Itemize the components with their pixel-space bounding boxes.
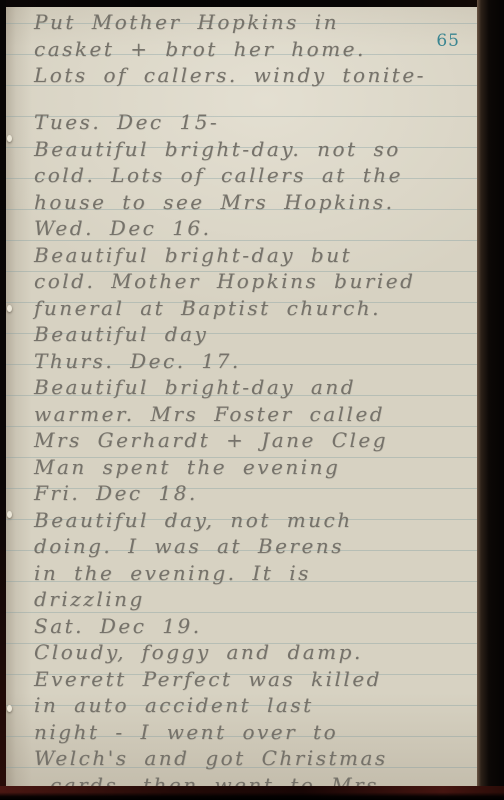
diary-line: Put Mother Hopkins in: [34, 9, 471, 36]
diary-line: cold. Lots of callers at the: [34, 162, 471, 189]
right-border: [477, 0, 504, 800]
diary-line: doing. I was at Berens: [34, 533, 471, 560]
diary-line-date: Fri. Dec 18.: [34, 480, 471, 507]
binding-stitch: [7, 705, 12, 712]
diary-line: Beautiful day: [34, 321, 471, 348]
diary-line: Everett Perfect was killed: [34, 666, 471, 693]
diary-line: Beautiful bright-day but: [34, 242, 471, 269]
diary-line: casket + brot her home.: [34, 36, 471, 63]
bottom-border: [0, 786, 504, 800]
diary-line-date: Sat. Dec 19.: [34, 613, 471, 640]
diary-line: warmer. Mrs Foster called: [34, 401, 471, 428]
diary-line-date: Thurs. Dec. 17.: [34, 348, 471, 375]
diary-line: house to see Mrs Hopkins.: [34, 189, 471, 216]
diary-line: cold. Mother Hopkins buried: [34, 268, 471, 295]
diary-line: in the evening. It is: [34, 560, 471, 587]
diary-line: Beautiful bright-day and: [34, 374, 471, 401]
diary-line: Beautiful bright-day. not so: [34, 136, 471, 163]
diary-entries: Put Mother Hopkins in casket + brot her …: [34, 9, 471, 786]
diary-line: funeral at Baptist church.: [34, 295, 471, 322]
diary-line-date: Wed. Dec 16.: [34, 215, 471, 242]
diary-line-date: Tues. Dec 15-: [34, 109, 471, 136]
diary-line: Cloudy, foggy and damp.: [34, 639, 471, 666]
binding-stitch: [7, 135, 12, 142]
diary-line: Mrs Gerhardt + Jane Cleg: [34, 427, 471, 454]
diary-line: Welch's and got Christmas: [34, 745, 471, 772]
diary-line: drizzling: [34, 586, 471, 613]
diary-line: cards. then went to Mrs.: [34, 772, 471, 787]
diary-line: night - I went over to: [34, 719, 471, 746]
binding-stitch: [7, 511, 12, 518]
top-border: [0, 0, 504, 7]
diary-line: Lots of callers. windy tonite-: [34, 62, 471, 89]
diary-page: 65 Put Mother Hopkins in casket + brot h…: [6, 7, 477, 786]
diary-photo: 65 Put Mother Hopkins in casket + brot h…: [0, 0, 504, 800]
diary-line: Man spent the evening: [34, 454, 471, 481]
diary-line: in auto accident last: [34, 692, 471, 719]
binding-stitch: [7, 305, 12, 312]
diary-line: Beautiful day, not much: [34, 507, 471, 534]
